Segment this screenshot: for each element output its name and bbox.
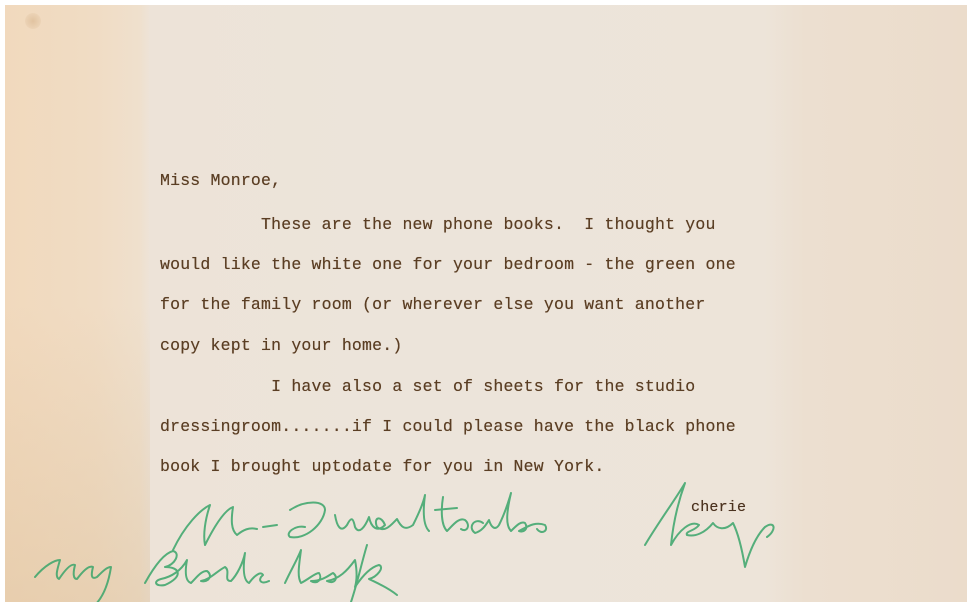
letter-photo: Miss Monroe, These are the new phone boo… bbox=[5, 5, 967, 602]
handwritten-note bbox=[5, 5, 967, 602]
